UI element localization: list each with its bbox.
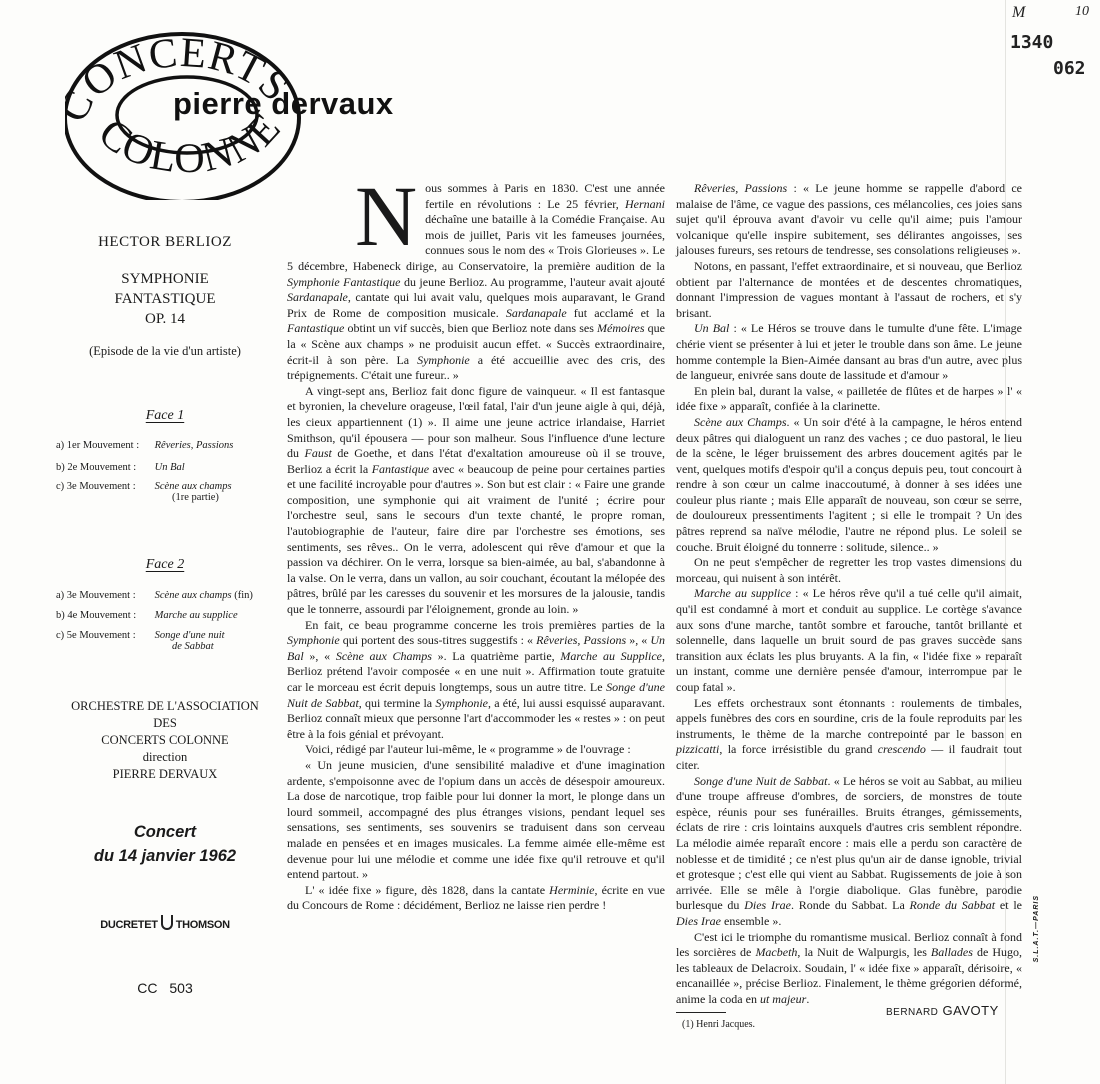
article-paragraph: « Un jeune musicien, d'une sensibilité m… [287,758,665,883]
work-title: SYMPHONIE FANTASTIQUE OP. 14 [40,269,290,329]
work-subtitle: (Episode de la vie d'un artiste) [40,344,290,359]
printer-mark: S.L.A.T.—PARIS [1033,895,1040,962]
article-paragraph: Scène aux Champs. « Un soir d'été à la c… [676,415,1022,555]
footnote: (1) Henri Jacques. [682,1019,755,1030]
article-paragraph: En fait, ce beau programme concerne les … [287,618,665,743]
movement-item: a) 3e Mouvement : Scène aux champs (fin) [56,590,253,601]
movement-item: c) 3e Mouvement : Scène aux champs(1re p… [56,481,232,503]
opus-number: OP. 14 [40,309,290,329]
article-paragraph: Notons, en passant, l'effet extraordinai… [676,259,1022,321]
article-paragraph: Voici, rédigé par l'auteur lui-même, le … [287,742,665,758]
article-column-left: Nous sommes à Paris en 1830. C'est une a… [287,181,665,914]
article-paragraph: On ne peut s'empêcher de regretter les t… [676,555,1022,586]
article-paragraph: L' « idée fixe » figure, dès 1828, dans … [287,883,665,914]
label-name-right: THOMSON [176,919,230,931]
logo-conductor-name: pierre dervaux [173,86,394,122]
article-paragraph: Nous sommes à Paris en 1830. C'est une a… [287,181,665,384]
article-column-right: Rêveries, Passions : « Le jeune homme se… [676,181,1022,1007]
face-2-heading: Face 2 [40,555,290,573]
concert-date: Concert du 14 janvier 1962 [40,820,290,868]
orchestra-line: CONCERTS COLONNE [40,732,290,749]
tuning-fork-icon [161,915,173,930]
work-title-line-2: FANTASTIQUE [40,289,290,309]
face-1-heading: Face 1 [40,406,290,424]
movement-item: b) 2e Mouvement : Un Bal [56,462,185,473]
article-paragraph: Marche au supplice : « Le héros rêve qu'… [676,586,1022,695]
orchestra-line: PIERRE DERVAUX [40,766,290,783]
record-label-logo: DUCRETETTHOMSON [40,915,290,931]
article-paragraph: Un Bal : « Le Héros se trouve dans le tu… [676,321,1022,383]
article-paragraph: A vingt-sept ans, Berlioz fait donc figu… [287,384,665,618]
orchestra-line: ORCHESTRE DE L'ASSOCIATION [40,698,290,715]
article-paragraph: En plein bal, durant la valse, « paillet… [676,384,1022,415]
movement-item: b) 4e Mouvement : Marche au supplice [56,610,238,621]
handwritten-number: 10 [1075,4,1089,20]
stamp-number: 1340 [1010,32,1053,53]
label-name-left: DUCRETET [100,919,158,931]
article-paragraph: Les effets orchestraux sont étonnants : … [676,696,1022,774]
handwritten-mark: M [1012,4,1025,22]
composer-name: HECTOR BERLIOZ [40,234,290,251]
stamp-sub-number: 062 [1053,58,1086,79]
catalog-number: CC 503 [40,980,290,996]
footnote-rule [676,1012,726,1013]
concert-line-2: du 14 janvier 1962 [40,844,290,868]
article-paragraph: Rêveries, Passions : « Le jeune homme se… [676,181,1022,259]
orchestra-credits: ORCHESTRE DE L'ASSOCIATION DES CONCERTS … [40,698,290,783]
orchestra-line: DES [40,715,290,732]
movement-item: c) 5e Mouvement : Songe d'une nuitde Sab… [56,630,225,652]
author-signature: Bernard GAVOTY [886,1003,999,1018]
concert-line-1: Concert [40,820,290,844]
drop-cap: N [355,183,417,249]
orchestra-line: direction [40,749,290,766]
article-paragraph: Songe d'une Nuit de Sabbat. « Le héros s… [676,774,1022,930]
work-title-line-1: SYMPHONIE [40,269,290,289]
article-paragraph: C'est ici le triomphe du romantisme musi… [676,930,1022,1008]
movement-item: a) 1er Mouvement : Rêveries, Passions [56,440,233,451]
